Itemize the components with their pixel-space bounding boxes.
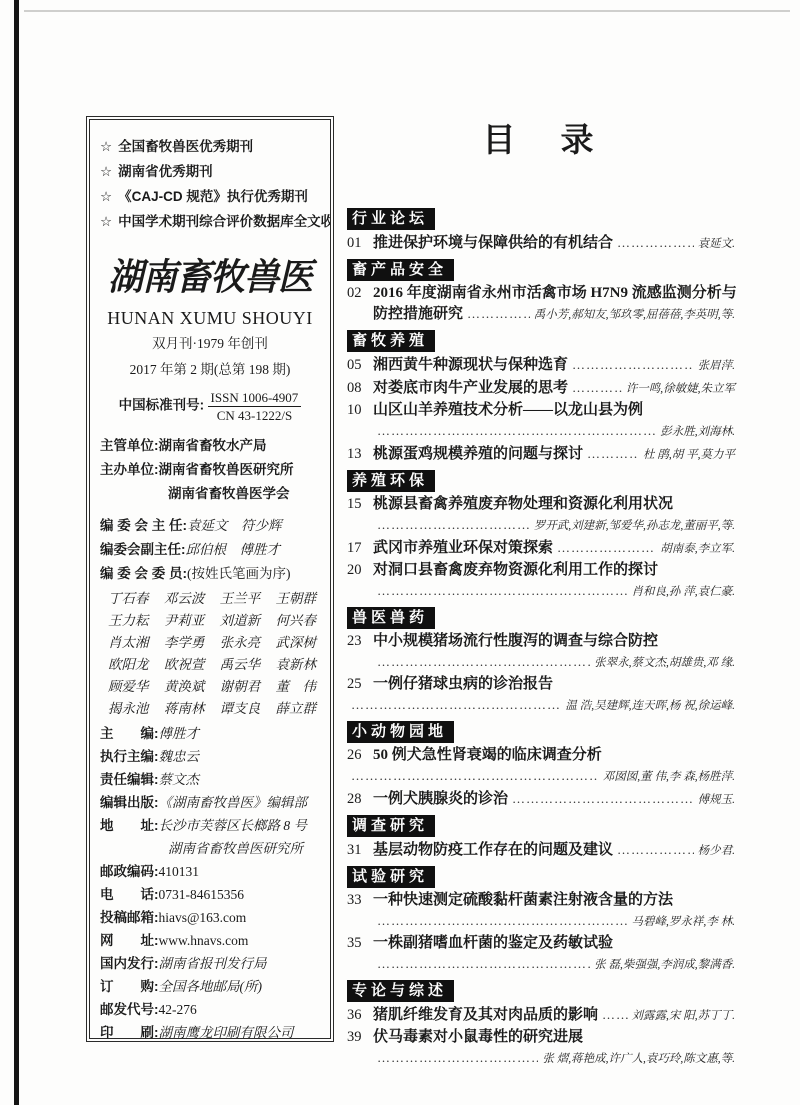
article-title: 一例仔猪球虫病的诊治报告: [373, 675, 553, 694]
article-authors: 张 熠,蒋艳成,许广人,袁巧玲,陈文惠,等.: [542, 1050, 735, 1069]
article-authors: 邓囡囡,董 伟,李 森,杨胜萍.: [603, 768, 735, 787]
toc-section-header: 专论与综述: [347, 980, 454, 1002]
article-number: 01: [347, 234, 373, 253]
toc-article: 17武冈市养殖业环保对策探索………………………………………………………………………: [347, 538, 735, 559]
toc-article-line2: ……………………………………………………………………………………………………………: [347, 421, 735, 442]
article-title: 湘西黄牛种源现状与保种选育: [373, 356, 568, 375]
toc-article-line2: ……………………………………………………………………………………………………………: [347, 954, 735, 975]
editorial-board: 编 委 会 主 任:袁延文 符少辉 编委会副主任:邱伯根 傅胜才 编 委 会 委…: [100, 514, 320, 722]
journal-toc-page: ☆全国畜牧兽医优秀期刊 ☆湖南省优秀期刊 ☆《CAJ-CD 规范》执行优秀期刊 …: [0, 0, 800, 1105]
member-row: 顾爱华黄涣斌谢朝君董 伟: [108, 676, 316, 698]
toc-section-header: 畜产品安全: [347, 259, 454, 281]
award-list: ☆全国畜牧兽医优秀期刊 ☆湖南省优秀期刊 ☆《CAJ-CD 规范》执行优秀期刊 …: [100, 134, 320, 234]
article-authors: 刘露露,宋 阳,苏丁丁.: [632, 1007, 736, 1026]
publication-frequency: 双月刊·1979 年创刊: [100, 333, 320, 355]
toc-section-header: 养殖环保: [347, 470, 435, 492]
toc-article-line2: ……………………………………………………………………………………………………………: [347, 581, 735, 602]
toc-section-header: 调查研究: [347, 815, 435, 837]
binding-spine-bar: [14, 0, 19, 1105]
issn-cn-fraction: ISSN 1006-4907 CN 43-1222/S: [208, 389, 302, 424]
toc-article: 13桃源蛋鸡规模养殖的问题与探讨…………………………………………………………………: [347, 444, 735, 465]
top-edge-rule: [24, 10, 790, 12]
star-icon: ☆: [100, 214, 112, 229]
toc-article: 2650 例犬急性肾衰竭的临床调查分析: [347, 746, 735, 765]
article-title: 山区山羊养殖技术分析——以龙山县为例: [373, 401, 643, 420]
article-title: 桃源县畜禽养殖废弃物处理和资源化利用状况: [373, 495, 673, 514]
article-authors: 杨少君.: [698, 842, 735, 861]
article-title: 中小规模猪场流行性腹泻的调查与综合防控: [373, 632, 658, 651]
contact-row: 邮发代号:42-276: [100, 998, 320, 1021]
article-title: 基层动物防疫工作存在的问题及建议: [373, 841, 613, 860]
article-number: 36: [347, 1006, 373, 1025]
issn-value: ISSN 1006-4907: [208, 389, 302, 407]
article-authors: 傅规玉.: [698, 791, 735, 810]
organizer-value-2: 湖南省畜牧兽医学会: [100, 482, 320, 506]
award-text: 中国学术期刊综合评价数据库全文收录: [118, 214, 331, 229]
info-row: 主管单位:湖南省畜牧水产局: [100, 434, 320, 458]
board-chief-names: 袁延文 符少辉: [187, 518, 282, 533]
star-icon: ☆: [100, 139, 112, 154]
star-icon: ☆: [100, 164, 112, 179]
leader-dots: ……………………………………………………………………………………………………………: [351, 766, 599, 785]
cn-value: CN 43-1222/S: [217, 408, 292, 423]
toc-article: 08对娄底市肉牛产业发展的思考……………………………………………………………………: [347, 378, 735, 399]
article-number: 23: [347, 632, 373, 651]
member-row: 王力耘尹莉亚刘道新何兴春: [108, 610, 316, 632]
toc-article: 39伏马毒素对小鼠毒性的研究进展: [347, 1028, 735, 1047]
toc-article: 15桃源县畜禽养殖废弃物处理和资源化利用状况: [347, 495, 735, 514]
award-item: ☆《CAJ-CD 规范》执行优秀期刊: [100, 184, 320, 209]
article-title-continued: 防控措施研究: [373, 305, 463, 324]
toc-title: 目 录: [347, 114, 735, 161]
member-row: 丁石春邓云波王兰平王朝群: [108, 588, 316, 610]
toc-section-header: 畜牧养殖: [347, 330, 435, 352]
article-number: 39: [347, 1028, 373, 1047]
article-number: 02: [347, 284, 373, 303]
toc-article: 05湘西黄牛种源现状与保种选育……………………………………………………………………: [347, 355, 735, 376]
leader-dots: ……………………………………………………………………………………………………………: [377, 954, 590, 973]
toc-article: 31基层动物防疫工作存在的问题及建议……………………………………………………………: [347, 840, 735, 861]
star-icon: ☆: [100, 189, 112, 204]
toc-article-line2: ……………………………………………………………………………………………………………: [347, 515, 735, 536]
article-title: 猪肌纤维发育及其对肉品质的影响: [373, 1006, 598, 1025]
member-row: 肖太湘李学勇张永亮武深树: [108, 632, 316, 654]
article-title: 50 例犬急性肾衰竭的临床调查分析: [373, 746, 602, 765]
standard-serial-number: 中国标准刊号: ISSN 1006-4907 CN 43-1222/S: [100, 389, 320, 424]
award-text: 湖南省优秀期刊: [118, 164, 213, 179]
toc-article: 25一例仔猪球虫病的诊治报告: [347, 675, 735, 694]
table-of-contents: 目 录 行业论坛 01推进保护环境与保障供给的有机结合……………………………………: [347, 114, 735, 1071]
leader-dots: ……………………………………………………………………………………………………………: [377, 421, 656, 440]
award-text: 全国畜牧兽医优秀期刊: [118, 139, 253, 154]
leader-dots: ……………………………………………………………………………………………………………: [377, 911, 628, 930]
article-authors: 杜 鹃,胡 平,莫力平: [643, 446, 735, 465]
article-authors: 胡南泰,李立军.: [660, 540, 735, 559]
award-item: ☆全国畜牧兽医优秀期刊: [100, 134, 320, 159]
article-number: 05: [347, 356, 373, 375]
article-title: 推进保护环境与保障供给的有机结合: [373, 234, 613, 253]
toc-section-header: 行业论坛: [347, 208, 435, 230]
article-title: 一株副猪嗜血杆菌的鉴定及药敏试验: [373, 934, 613, 953]
contact-info: 主 编:傅胜才 执行主编:魏忠云 责任编辑:蔡文杰 编辑出版:《湖南畜牧兽医》编…: [100, 722, 320, 1039]
toc-article: 10山区山羊养殖技术分析——以龙山县为例: [347, 401, 735, 420]
article-authors: 马碧峰,罗永祥,李 林.: [632, 913, 736, 932]
board-members-row: 编 委 会 委 员:(按姓氏笔画为序): [100, 562, 320, 586]
contact-row: 订 购:全国各地邮局(所): [100, 975, 320, 998]
board-chief-row: 编 委 会 主 任:袁延文 符少辉: [100, 514, 320, 538]
article-number: 17: [347, 539, 373, 558]
article-number: 13: [347, 445, 373, 464]
leader-dots: ……………………………………………………………………………………………………………: [572, 378, 622, 397]
toc-article: 33一种快速测定硫酸黏杆菌素注射液含量的方法: [347, 891, 735, 910]
award-item: ☆湖南省优秀期刊: [100, 159, 320, 184]
issn-label: 中国标准刊号:: [119, 398, 205, 413]
board-vice-names: 邱伯根 傅胜才: [186, 542, 281, 557]
contact-row: 电 话:0731-84615356: [100, 883, 320, 906]
journal-info-box-inner: ☆全国畜牧兽医优秀期刊 ☆湖南省优秀期刊 ☆《CAJ-CD 规范》执行优秀期刊 …: [89, 119, 331, 1039]
award-item: ☆中国学术期刊综合评价数据库全文收录: [100, 209, 320, 234]
toc-article: 23中小规模猪场流行性腹泻的调查与综合防控: [347, 632, 735, 651]
article-authors: 许一鸣,徐敏婕,朱立军: [626, 380, 735, 399]
publisher-info: 主管单位:湖南省畜牧水产局 主办单位:湖南省畜牧兽医研究所湖南省畜牧兽医学会: [100, 434, 320, 506]
article-title: 一例犬胰腺炎的诊治: [373, 790, 508, 809]
toc-article-line2: ……………………………………………………………………………………………………………: [347, 1048, 735, 1069]
article-authors: 张 磊,柴强强,李润成,黎满香.: [594, 956, 735, 975]
contact-row-email: 投稿邮箱:hiavs@163.com: [100, 906, 320, 929]
leader-dots: ……………………………………………………………………………………………………………: [602, 1005, 627, 1024]
leader-dots: ……………………………………………………………………………………………………………: [377, 515, 530, 534]
contact-row: 编辑出版:《湖南畜牧兽医》编辑部: [100, 791, 320, 814]
contact-row: 执行主编:魏忠云: [100, 745, 320, 768]
toc-article-line2: 防控措施研究……………………………………………………………………………………………: [347, 304, 735, 325]
toc-article-line2: ……………………………………………………………………………………………………………: [347, 695, 735, 716]
toc-section-header: 小动物园地: [347, 721, 454, 743]
article-number: 08: [347, 379, 373, 398]
article-authors: 罗开武,刘建新,邹爱华,孙志龙,董丽平,等.: [534, 517, 735, 536]
leader-dots: ……………………………………………………………………………………………………………: [617, 840, 694, 859]
toc-article: 35一株副猪嗜血杆菌的鉴定及药敏试验: [347, 934, 735, 953]
leader-dots: ……………………………………………………………………………………………………………: [377, 581, 628, 600]
organizer-value: 湖南省畜牧兽医研究所: [159, 462, 294, 477]
board-members-grid: 丁石春邓云波王兰平王朝群 王力耘尹莉亚刘道新何兴春 肖太湘李学勇张永亮武深树 欧…: [100, 586, 320, 722]
leader-dots: ……………………………………………………………………………………………………………: [467, 304, 530, 323]
article-number: 31: [347, 841, 373, 860]
member-row: 揭永池蒋南林谭支良薛立群: [108, 698, 316, 720]
contact-row: 邮政编码:410131: [100, 860, 320, 883]
article-number: 20: [347, 561, 373, 580]
article-authors: 袁延文.: [698, 235, 735, 254]
leader-dots: ……………………………………………………………………………………………………………: [557, 538, 656, 557]
article-authors: 张翠永,蔡文杰,胡雄贵,邓 缘.: [594, 654, 735, 673]
article-title: 武冈市养殖业环保对策探索: [373, 539, 553, 558]
article-number: 15: [347, 495, 373, 514]
article-authors: 温 浩,吴建辉,连天晖,杨 祝,徐运峰.: [565, 697, 735, 716]
toc-article-line2: ……………………………………………………………………………………………………………: [347, 911, 735, 932]
board-vice-row: 编委会副主任:邱伯根 傅胜才: [100, 538, 320, 562]
toc-section-header: 试验研究: [347, 866, 435, 888]
supervisor-value: 湖南省畜牧水产局: [159, 438, 267, 453]
leader-dots: ……………………………………………………………………………………………………………: [587, 444, 639, 463]
toc-article-line2: ……………………………………………………………………………………………………………: [347, 766, 735, 787]
contact-row: 主 编:傅胜才: [100, 722, 320, 745]
toc-article-line2: ……………………………………………………………………………………………………………: [347, 652, 735, 673]
toc-article: 28一例犬胰腺炎的诊治………………………………………………………………………………: [347, 789, 735, 810]
member-row: 欧阳龙欧祝萱禹云华袁新林: [108, 654, 316, 676]
journal-info-box: ☆全国畜牧兽医优秀期刊 ☆湖南省优秀期刊 ☆《CAJ-CD 规范》执行优秀期刊 …: [86, 116, 334, 1042]
board-members-note: (按姓氏笔画为序): [187, 566, 291, 581]
article-authors: 禹小芳,郝知友,邹玖零,屈蓓蓓,李英明,等.: [534, 306, 735, 325]
leader-dots: ……………………………………………………………………………………………………………: [351, 695, 561, 714]
article-authors: 张眉萍.: [698, 357, 735, 376]
article-number: 26: [347, 746, 373, 765]
toc-article: 022016 年度湖南省永州市活禽市场 H7N9 流感监测分析与: [347, 284, 735, 303]
article-title: 桃源蛋鸡规模养殖的问题与探讨: [373, 445, 583, 464]
article-title: 对娄底市肉牛产业发展的思考: [373, 379, 568, 398]
toc-article: 36猪肌纤维发育及其对肉品质的影响………………………………………………………………: [347, 1005, 735, 1026]
contact-row-website: 网 址:www.hnavs.com: [100, 929, 320, 952]
award-text: 《CAJ-CD 规范》执行优秀期刊: [118, 189, 308, 204]
article-number: 10: [347, 401, 373, 420]
info-row: 主办单位:湖南省畜牧兽医研究所湖南省畜牧兽医学会: [100, 458, 320, 506]
journal-logo-calligraphy: 湖南畜牧兽医: [100, 249, 320, 302]
leader-dots: ……………………………………………………………………………………………………………: [617, 233, 694, 252]
toc-article: 20对洞口县畜禽废弃物资源化利用工作的探讨: [347, 561, 735, 580]
article-authors: 肖和良,孙 萍,袁仁豪.: [632, 583, 736, 602]
article-authors: 彭永胜,刘海林.: [660, 423, 735, 442]
article-number: 33: [347, 891, 373, 910]
article-title: 伏马毒素对小鼠毒性的研究进展: [373, 1028, 583, 1047]
article-number: 35: [347, 934, 373, 953]
toc-section-header: 兽医兽药: [347, 607, 435, 629]
leader-dots: ……………………………………………………………………………………………………………: [377, 1048, 538, 1067]
article-title: 2016 年度湖南省永州市活禽市场 H7N9 流感监测分析与: [373, 284, 737, 303]
contact-row: 责任编辑:蔡文杰: [100, 768, 320, 791]
article-number: 25: [347, 675, 373, 694]
issue-number: 2017 年第 2 期(总第 198 期): [100, 359, 320, 381]
leader-dots: ……………………………………………………………………………………………………………: [572, 355, 694, 374]
article-number: 28: [347, 790, 373, 809]
leader-dots: ……………………………………………………………………………………………………………: [512, 789, 694, 808]
article-title: 一种快速测定硫酸黏杆菌素注射液含量的方法: [373, 891, 673, 910]
journal-name-roman: HUNAN XUMU SHOUYI: [100, 308, 320, 329]
leader-dots: ……………………………………………………………………………………………………………: [377, 652, 590, 671]
contact-row: 印 刷:湖南鹰龙印刷有限公司: [100, 1021, 320, 1039]
contact-row-address: 地 址:长沙市芙蓉区长榔路 8 号湖南省畜牧兽医研究所: [100, 814, 320, 860]
toc-article: 01推进保护环境与保障供给的有机结合……………………………………………………………: [347, 233, 735, 254]
contact-row: 国内发行:湖南省报刊发行局: [100, 952, 320, 975]
article-title: 对洞口县畜禽废弃物资源化利用工作的探讨: [373, 561, 658, 580]
